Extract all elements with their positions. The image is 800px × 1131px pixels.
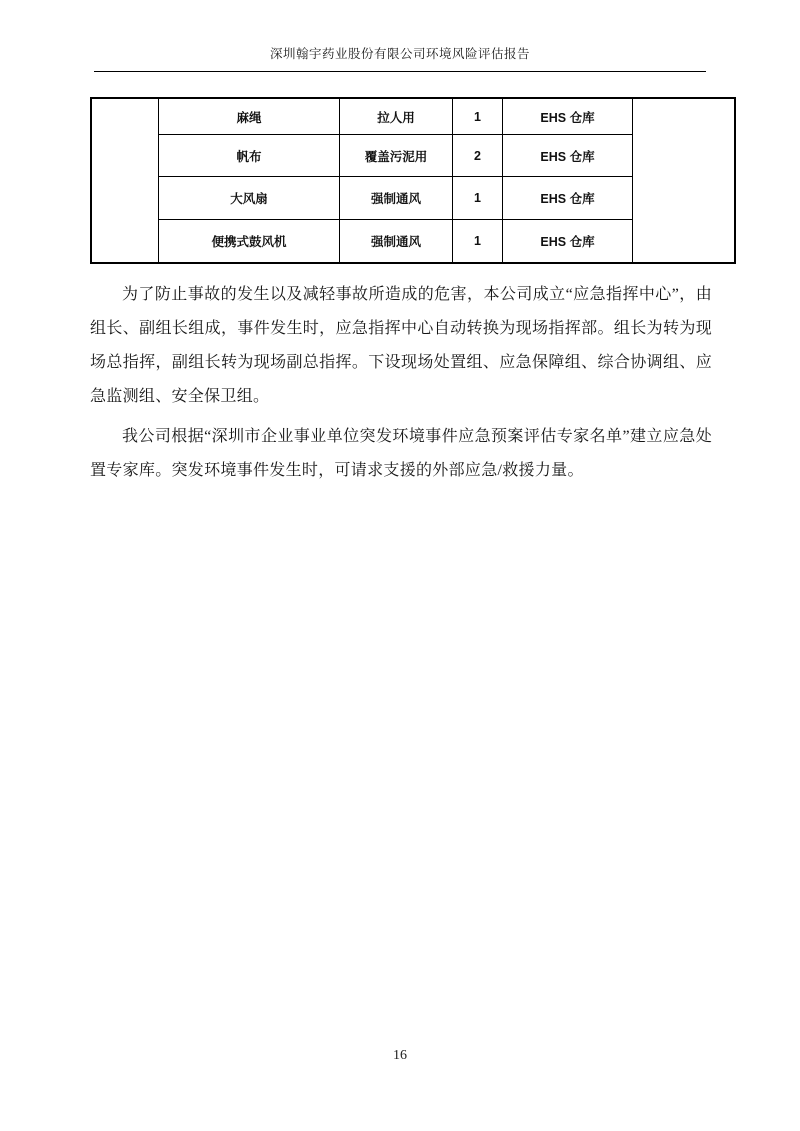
- table-stub-cell-left: [92, 99, 159, 262]
- table-cell-purpose: 强制通风: [340, 220, 453, 262]
- paragraph-emergency-command-center: 为了防止事故的发生以及减轻事故所造成的危害，本公司成立“应急指挥中心”，由组长、…: [90, 278, 712, 414]
- table-cell-quantity: 1: [453, 99, 503, 135]
- page-number: 16: [0, 1048, 800, 1064]
- emergency-equipment-table: 麻绳 拉人用 1 EHS 仓库 帆布 覆盖污泥用 2 EHS 仓库 大风扇 强制…: [90, 97, 736, 264]
- table-cell-purpose: 拉人用: [340, 99, 453, 135]
- paragraph-expert-database: 我公司根据“深圳市企业事业单位突发环境事件应急预案评估专家名单”建立应急处置专家…: [90, 420, 712, 488]
- table-cell-purpose: 强制通风: [340, 177, 453, 220]
- table-cell-quantity: 1: [453, 220, 503, 262]
- table-cell-quantity: 2: [453, 135, 503, 177]
- table-cell-location: EHS 仓库: [503, 99, 633, 135]
- running-header-title: 深圳翰宇药业股份有限公司环境风险评估报告: [0, 44, 800, 62]
- table-stub-cell-right: [633, 99, 734, 262]
- table-cell-location: EHS 仓库: [503, 135, 633, 177]
- table-cell-item: 帆布: [159, 135, 340, 177]
- table-cell-purpose: 覆盖污泥用: [340, 135, 453, 177]
- table-cell-location: EHS 仓库: [503, 177, 633, 220]
- header-divider-rule: [94, 71, 706, 72]
- document-page: 深圳翰宇药业股份有限公司环境风险评估报告 麻绳 拉人用 1 EHS 仓库 帆布 …: [0, 0, 800, 1131]
- table-cell-item: 麻绳: [159, 99, 340, 135]
- table-cell-location: EHS 仓库: [503, 220, 633, 262]
- table-cell-quantity: 1: [453, 177, 503, 220]
- table-cell-item: 便携式鼓风机: [159, 220, 340, 262]
- table-cell-item: 大风扇: [159, 177, 340, 220]
